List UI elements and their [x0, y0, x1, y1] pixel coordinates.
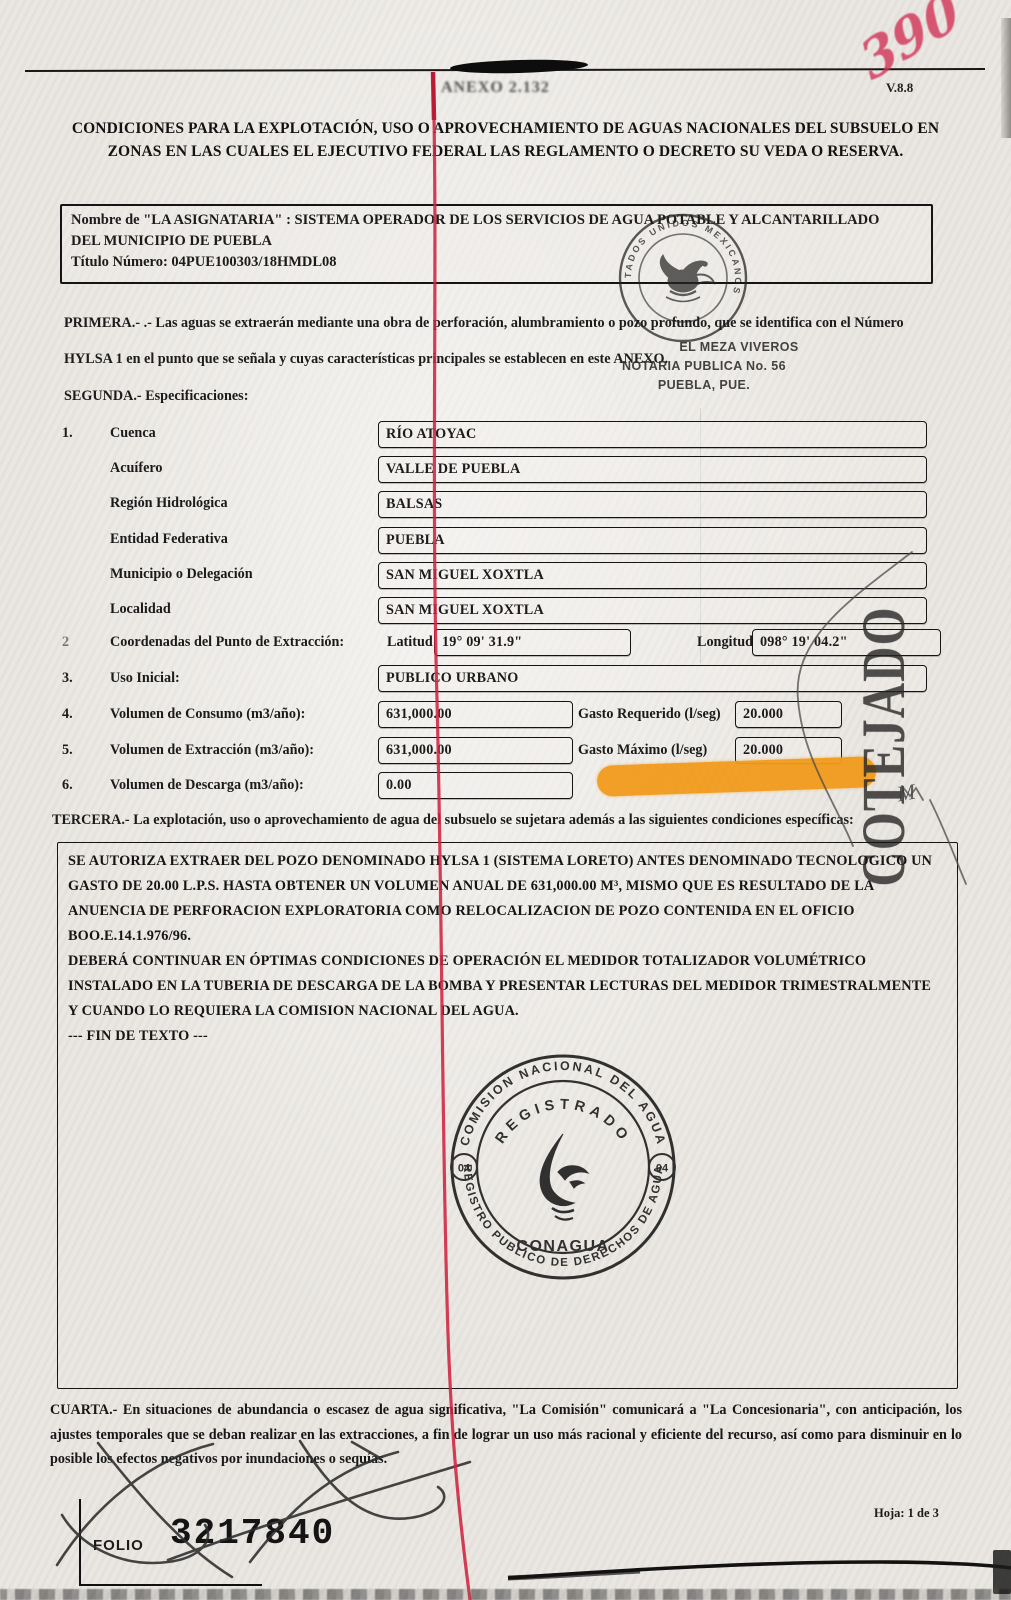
- segunda-heading: SEGUNDA.- Especificaciones:: [64, 388, 248, 405]
- field-value-localidad: SAN MIGUEL XOXTLA: [378, 597, 927, 624]
- cuenca-value: RÍO ATOYAC: [386, 426, 476, 443]
- document-title: CONDICIONES PARA LA EXPLOTACIÓN, USO O A…: [0, 117, 1011, 163]
- gasto-maximo-label: Gasto Máximo (l/seg): [578, 742, 707, 759]
- field-label-descarga: Volumen de Descarga (m3/año):: [110, 777, 304, 794]
- field-value-extraccion: 631,000.00: [378, 737, 573, 764]
- entidad-value: PUEBLA: [386, 532, 445, 549]
- extraccion-value: 631,000.00: [386, 742, 452, 759]
- field-num-cuenca: 1.: [62, 425, 96, 442]
- gasto-requerido-value: 20.000: [743, 706, 783, 723]
- notary-name: EL MEZA VIVEROS: [566, 338, 842, 357]
- bottom-scan-smudge: [0, 1589, 1011, 1600]
- field-value-entidad: PUEBLA: [378, 527, 927, 554]
- right-edge-scan-shadow: [1001, 18, 1011, 138]
- document-title-line2: ZONAS EN LAS CUALES EL EJECUTIVO FEDERAL…: [0, 140, 1011, 163]
- orange-highlighter-mark: [597, 756, 877, 797]
- eagle-icon: [660, 255, 714, 302]
- seal-badge-right: 04: [656, 1163, 669, 1175]
- notary-city: PUEBLA, PUE.: [566, 376, 842, 395]
- field-label-localidad: Localidad: [110, 601, 171, 618]
- cuarta-paragraph: CUARTA.- En situaciones de abundancia o …: [50, 1398, 962, 1472]
- latitud-value: 19° 09' 31.9": [442, 634, 522, 651]
- conagua-registration-seal: COMISION NACIONAL DEL AGUA REGISTRO PUBL…: [442, 1046, 684, 1288]
- field-num-extraccion: 5.: [62, 742, 96, 759]
- field-label-region: Región Hidrológica: [110, 495, 228, 512]
- latitud-value-box: 19° 09' 31.9": [434, 629, 631, 656]
- field-value-consumo: 631,000.00: [378, 701, 573, 728]
- region-value: BALSAS: [386, 496, 442, 513]
- longitud-value-box: 098° 19' 04.2": [752, 629, 941, 656]
- field-value-cuenca: RÍO ATOYAC: [378, 421, 927, 448]
- authorization-para1: SE AUTORIZA EXTRAER DEL POZO DENOMINADO …: [68, 849, 944, 949]
- localidad-value: SAN MIGUEL XOXTLA: [386, 602, 544, 619]
- field-value-region: BALSAS: [378, 491, 927, 518]
- field-num-descarga: 6.: [62, 777, 96, 794]
- field-value-uso: PUBLICO URBANO: [378, 665, 927, 692]
- seal-badge-left: 04: [458, 1163, 471, 1175]
- title-number: Título Número: 04PUE100303/18HMDL08: [71, 252, 922, 273]
- annex-label: ANEXO 2.132: [441, 79, 550, 97]
- folio-label: FOLIO: [93, 1537, 144, 1554]
- field-label-extraccion: Volumen de Extracción (m3/año):: [110, 742, 314, 759]
- assignee-line2: DEL MUNICIPIO DE PUEBLA: [71, 231, 922, 252]
- gasto-requerido-box: 20.000: [735, 701, 842, 728]
- notary-office: NOTARIA PUBLICA No. 56: [566, 357, 842, 376]
- pen-mark: M: [895, 779, 918, 808]
- field-num-consumo: 4.: [62, 706, 96, 723]
- svg-text:REGISTRADO: REGISTRADO: [492, 1097, 633, 1147]
- field-label-coordenadas: Coordenadas del Punto de Extracción:: [110, 634, 344, 651]
- field-value-municipio: SAN MIGUEL XOXTLA: [378, 562, 927, 589]
- field-num-coordenadas: 2: [62, 634, 96, 651]
- field-value-descarga: 0.00: [378, 772, 573, 799]
- longitud-label: Longitud: [697, 634, 753, 651]
- field-label-acuifero: Acuífero: [110, 460, 163, 477]
- gasto-requerido-label: Gasto Requerido (l/seg): [578, 706, 721, 723]
- top-ink-blob: [450, 58, 588, 75]
- seal-registrado-text: REGISTRADO: [492, 1097, 633, 1147]
- field-value-acuifero: VALLE DE PUEBLA: [378, 456, 927, 483]
- field-label-consumo: Volumen de Consumo (m3/año):: [110, 706, 305, 723]
- assignee-box: Nombre de "LA ASIGNATARIA" : SISTEMA OPE…: [60, 204, 933, 284]
- water-drop-icon: [540, 1134, 588, 1220]
- page-number-label: Hoja: 1 de 3: [874, 1506, 939, 1521]
- conagua-brand-text: CONAGUA: [516, 1238, 609, 1255]
- assignee-line1: Nombre de "LA ASIGNATARIA" : SISTEMA OPE…: [71, 210, 922, 231]
- descarga-value: 0.00: [386, 777, 412, 794]
- uso-value: PUBLICO URBANO: [386, 670, 518, 687]
- latitud-label: Latitud: [387, 634, 433, 651]
- authorization-text: SE AUTORIZA EXTRAER DEL POZO DENOMINADO …: [68, 849, 944, 1049]
- notary-stamp: EL MEZA VIVEROS NOTARIA PUBLICA No. 56 P…: [566, 338, 842, 395]
- authorization-para2: DEBERÁ CONTINUAR EN ÓPTIMAS CONDICIONES …: [68, 949, 944, 1024]
- acuifero-value: VALLE DE PUEBLA: [386, 461, 520, 478]
- field-label-entidad: Entidad Federativa: [110, 531, 228, 548]
- field-label-cuenca: Cuenca: [110, 425, 156, 442]
- field-num-uso: 3.: [62, 670, 96, 687]
- folio-number: 3217840: [170, 1513, 335, 1554]
- field-label-municipio: Municipio o Delegación: [110, 566, 253, 583]
- gasto-maximo-value: 20.000: [743, 742, 783, 759]
- document-title-line1: CONDICIONES PARA LA EXPLOTACIÓN, USO O A…: [0, 117, 1011, 140]
- right-edge-ink-mark: [993, 1550, 1011, 1594]
- primera-paragraph-line1: PRIMERA.- .- Las aguas se extraerán medi…: [64, 315, 956, 332]
- scanned-document-page: ANEXO 2.132 V.8.8 390 CONDICIONES PARA L…: [0, 0, 1011, 1600]
- tercera-paragraph: TERCERA.- La explotación, uso o aprovech…: [52, 812, 964, 829]
- consumo-value: 631,000.00: [386, 706, 452, 723]
- municipio-value: SAN MIGUEL XOXTLA: [386, 567, 544, 584]
- field-label-uso: Uso Inicial:: [110, 670, 180, 687]
- longitud-value: 098° 19' 04.2": [760, 634, 848, 651]
